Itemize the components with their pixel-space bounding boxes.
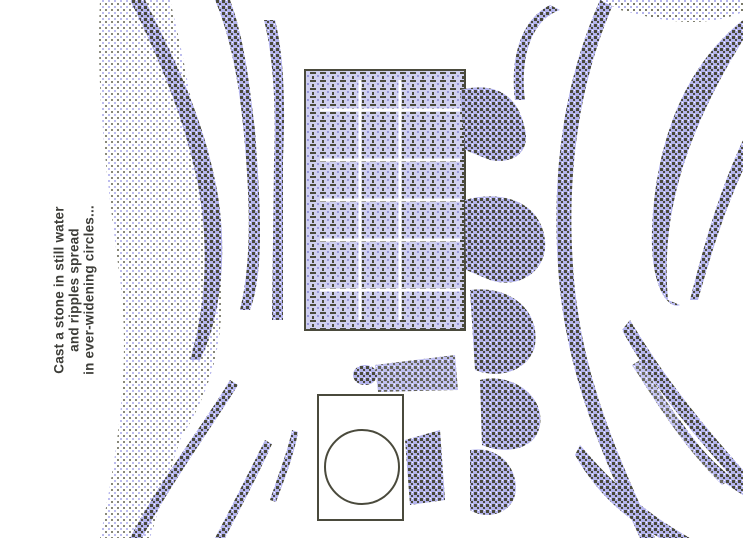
scanned-page: Cast a stone in still water and ripples … bbox=[0, 0, 743, 538]
caption-text: Cast a stone in still water and ripples … bbox=[52, 205, 97, 375]
caption-line-2: and ripples spread bbox=[67, 205, 82, 375]
caption-line-3: in ever-widening circles... bbox=[82, 205, 97, 375]
halftone-illustration bbox=[0, 0, 743, 538]
caption-line-1: Cast a stone in still water bbox=[52, 205, 67, 375]
